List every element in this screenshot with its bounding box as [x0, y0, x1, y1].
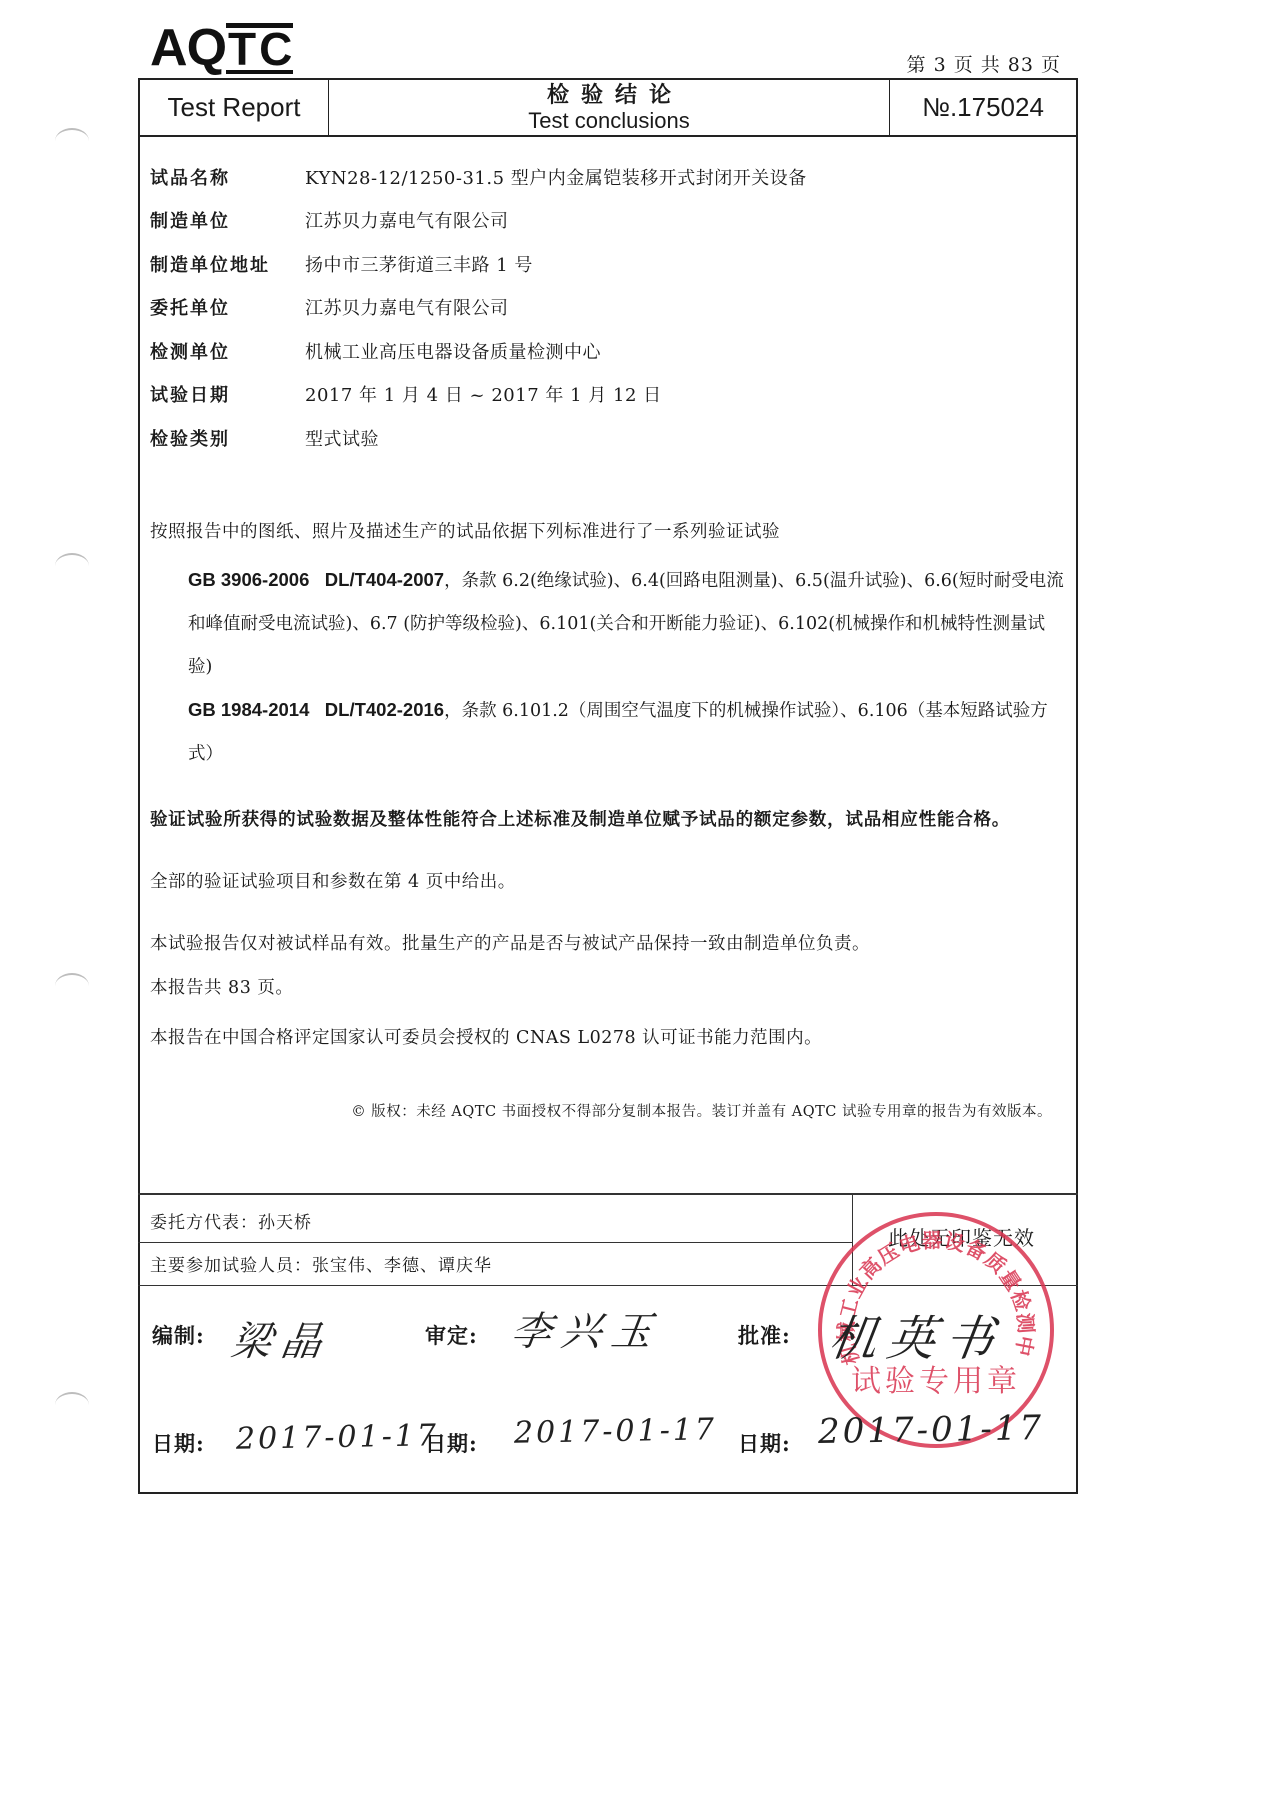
info-row-client: 委托单位 江苏贝力嘉电气有限公司	[150, 294, 509, 320]
standards-block-1: GB 3906-2006 DL/T404-2007，条款 6.2(绝缘试验)、6…	[188, 558, 1068, 689]
report-header: Test Report 检验结论 Test conclusions №.1750…	[138, 78, 1078, 137]
standard-codes: GB 1984-2014 DL/T402-2016	[188, 699, 444, 720]
info-row-test-date: 试验日期 2017 年 1 月 4 日 ~ 2017 年 1 月 12 日	[150, 381, 662, 407]
logo-letter: C	[257, 23, 293, 74]
test-staff: 主要参加试验人员：张宝伟、李德、谭庆华	[150, 1251, 492, 1276]
info-row-test-type: 检验类别 型式试验	[150, 425, 379, 451]
info-label: 制造单位地址	[150, 251, 305, 277]
validity-note: 本试验报告仅对被试样品有效。批量生产的产品是否与被试产品保持一致由制造单位负责。	[150, 930, 870, 955]
copyright-note: © 版权：未经 AQTC 书面授权不得部分复制本报告。装订并盖有 AQTC 试验…	[351, 1100, 1052, 1121]
prepared-label: 编制:	[152, 1320, 205, 1350]
divider	[138, 1193, 1078, 1195]
punch-mark	[55, 973, 89, 999]
reviewed-signature: 李兴玉	[508, 1300, 666, 1357]
info-value: 江苏贝力嘉电气有限公司	[305, 207, 509, 233]
client-representative: 委托方代表：孙天桥	[150, 1208, 312, 1233]
logo-letter: Q	[187, 22, 226, 74]
info-label: 试验日期	[150, 381, 305, 407]
page-total-note: 本报告共 83 页。	[150, 974, 293, 999]
info-value: 机械工业高压电器设备质量检测中心	[305, 338, 601, 364]
info-value: 扬中市三茅街道三丰路 1 号	[305, 251, 533, 277]
reviewed-date: 2017-01-17	[514, 1412, 718, 1451]
info-label: 试品名称	[150, 164, 305, 190]
conclusion-text: 验证试验所获得的试验数据及整体性能符合上述标准及制造单位赋予试品的额定参数，试品…	[150, 806, 1010, 831]
info-value: KYN28-12/1250-31.5 型户内金属铠装移开式封闭开关设备	[305, 164, 807, 190]
divider	[138, 1242, 852, 1243]
info-row-manufacturer-address: 制造单位地址 扬中市三茅街道三丰路 1 号	[150, 251, 533, 277]
info-row-manufacturer: 制造单位 江苏贝力嘉电气有限公司	[150, 207, 509, 233]
prepared-date-label: 日期:	[152, 1428, 205, 1458]
prepared-signature: 梁晶	[228, 1310, 336, 1367]
standards-block-2: GB 1984-2014 DL/T402-2016，条款 6.101.2（周围空…	[188, 688, 1068, 776]
prepared-date: 2017-01-17	[236, 1418, 440, 1457]
punch-mark	[55, 128, 89, 154]
info-label: 检验类别	[150, 425, 305, 451]
logo-letter: A	[150, 22, 187, 74]
punch-mark	[55, 553, 89, 579]
standard-codes: GB 3906-2006 DL/T404-2007	[188, 569, 444, 590]
info-value: 型式试验	[305, 425, 379, 451]
report-number: №.175024	[890, 80, 1076, 135]
page-counter: 第 3 页 共 83 页	[907, 50, 1061, 77]
aqtc-logo: A Q T C	[150, 20, 293, 74]
header-title-zh: 检验结论	[535, 82, 683, 108]
all-items-note: 全部的验证试验项目和参数在第 4 页中给出。	[150, 868, 516, 893]
approved-date: 2017-01-17	[818, 1408, 1045, 1452]
cnas-note: 本报告在中国合格评定国家认可委员会授权的 CNAS L0278 认可证书能力范围…	[150, 1024, 822, 1049]
info-label: 制造单位	[150, 207, 305, 233]
punch-mark	[55, 1392, 89, 1418]
header-title-en: Test conclusions	[528, 108, 689, 134]
info-value: 江苏贝力嘉电气有限公司	[305, 294, 509, 320]
approved-label: 批准:	[738, 1320, 791, 1350]
approved-date-label: 日期:	[738, 1428, 791, 1458]
info-label: 检测单位	[150, 338, 305, 364]
approved-signature: 机英书	[825, 1300, 1009, 1369]
info-row-testing-lab: 检测单位 机械工业高压电器设备质量检测中心	[150, 338, 601, 364]
info-label: 委托单位	[150, 294, 305, 320]
logo-letter: T	[226, 23, 257, 74]
header-title-cell: 检验结论 Test conclusions	[329, 80, 890, 135]
header-test-report: Test Report	[140, 80, 329, 135]
intro-text: 按照报告中的图纸、照片及描述生产的试品依据下列标准进行了一系列验证试验	[150, 518, 780, 543]
info-row-sample-name: 试品名称 KYN28-12/1250-31.5 型户内金属铠装移开式封闭开关设备	[150, 164, 807, 190]
reviewed-label: 审定:	[425, 1320, 478, 1350]
info-value: 2017 年 1 月 4 日 ~ 2017 年 1 月 12 日	[305, 381, 662, 407]
